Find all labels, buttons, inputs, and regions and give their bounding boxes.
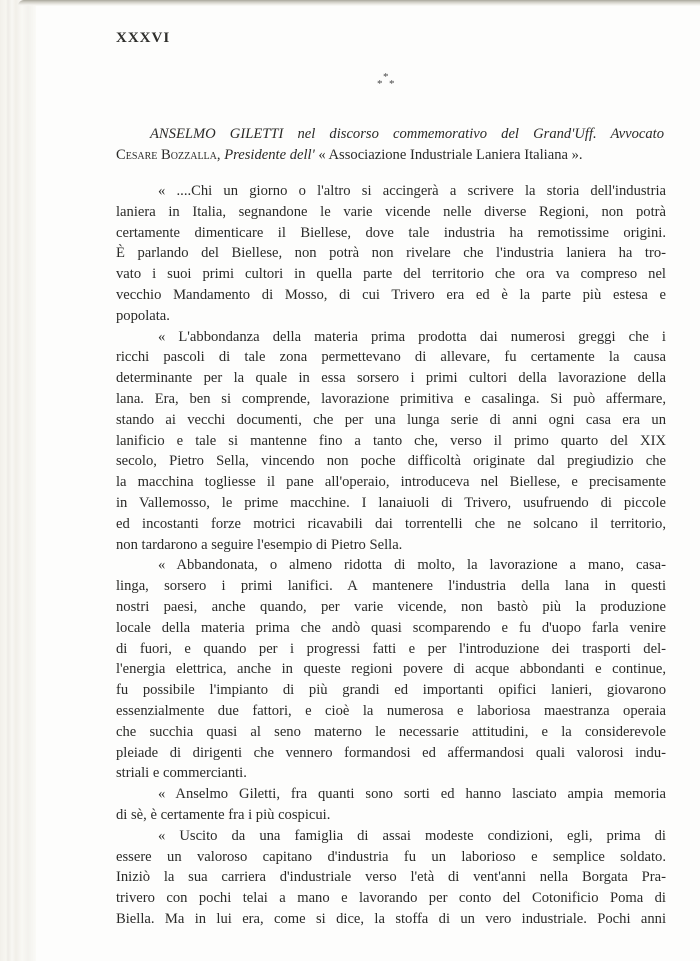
text-line: che succhia quasi al seno materno le nec…: [116, 722, 666, 743]
text-line: determinante per la quale in essa sorser…: [116, 368, 666, 389]
text-line: lana. Era, ben si comprende, lavorazione…: [116, 389, 666, 410]
page-stack-edge: [0, 0, 36, 961]
text-line: nostri paesi, anche quando, per varie vi…: [116, 597, 666, 618]
text-line: « L'abbondanza della materia prima prodo…: [116, 327, 666, 348]
text-line: essere un valoroso capitano d'industria …: [116, 847, 666, 868]
text-line: l'energia elettrica, anche in queste reg…: [116, 659, 666, 680]
text-line: pleiade di dirigenti che vennero formand…: [116, 743, 666, 764]
text-line: di sè, è certamente fra i più cospicui.: [116, 805, 666, 826]
text-line: « ....Chi un giorno o l'altro si accinge…: [116, 181, 666, 202]
text-line: lanificio e tale si mantenne fino a tant…: [116, 431, 666, 452]
organization-name: « Associazione Industriale Laniera Itali…: [318, 147, 582, 163]
text-line: di fuori, e quando per i progressi fatti…: [116, 639, 666, 660]
paragraph: « ....Chi un giorno o l'altro si accinge…: [116, 181, 666, 327]
speaker-name: ANSELMO GILETTI: [150, 126, 283, 142]
president-role: Presidente dell': [224, 147, 315, 163]
heading-intro: nel discorso commemorativo del Grand'Uff…: [283, 126, 664, 142]
text-line: È parlando del Biellese, non potrà non r…: [116, 243, 666, 264]
text-line: locale della materia prima che andò quas…: [116, 618, 666, 639]
text-line: ricchi pascoli di tale zona permettevano…: [116, 347, 666, 368]
text-line: essenzialmente due fattori, e cioè la nu…: [116, 701, 666, 722]
page-number: XXXVI: [116, 30, 170, 47]
text-line: secolo, Pietro Sella, vincendo non poche…: [116, 451, 666, 472]
text-line: striali e commercianti.: [116, 763, 666, 784]
asterism-separator: * * *: [376, 72, 398, 92]
paragraph: « Anselmo Giletti, fra quanti sono sorti…: [116, 784, 666, 826]
text-line: la macchina togliesse il pane all'operai…: [116, 472, 666, 493]
text-line: trivero con pochi telai a mano e lavoran…: [116, 888, 666, 909]
text-line: « Abbandonata, o almeno ridotta di molto…: [116, 555, 666, 576]
text-line: laniera in Italia, segnandone le varie v…: [116, 202, 666, 223]
heading: ANSELMO GILETTI nel discorso commemorati…: [116, 124, 664, 166]
text-line: vecchio Mandamento di Mosso, di cui Triv…: [116, 285, 666, 306]
text-line: linga, sorsero i primi lanifici. A mante…: [116, 576, 666, 597]
text-line: vato i suoi primi cultori in quella part…: [116, 264, 666, 285]
text-line: Biella. Ma in lui era, come si dice, la …: [116, 909, 666, 930]
text-line: Iniziò la sua carriera d'industriale ver…: [116, 867, 666, 888]
paragraph: « Abbandonata, o almeno ridotta di molto…: [116, 555, 666, 784]
president-name: Cesare Bozzalla: [116, 147, 217, 163]
text-line: in Vallemosso, le prime macchine. I lana…: [116, 493, 666, 514]
body-text: « ....Chi un giorno o l'altro si accinge…: [116, 181, 666, 930]
text-line: stando ai vecchi documenti, che per una …: [116, 410, 666, 431]
text-line: « Anselmo Giletti, fra quanti sono sorti…: [116, 784, 666, 805]
heading-line-1: ANSELMO GILETTI nel discorso commemorati…: [116, 124, 664, 145]
text-line: « Uscito da una famiglia di assai modest…: [116, 826, 666, 847]
paragraph: « Uscito da una famiglia di assai modest…: [116, 826, 666, 930]
heading-line-2: Cesare Bozzalla, Presidente dell' « Asso…: [116, 145, 664, 166]
text-line: non tardarono a seguire l'esempio di Pie…: [116, 535, 666, 556]
text-line: popolata.: [116, 306, 666, 327]
text-line: certamente dimenticare il Biellese, dove…: [116, 223, 666, 244]
text-line: fu possibile l'impianto di più grandi ed…: [116, 680, 666, 701]
text-line: ed incostanti forze motrici ricavabili d…: [116, 514, 666, 535]
paragraph: « L'abbondanza della materia prima prodo…: [116, 327, 666, 556]
